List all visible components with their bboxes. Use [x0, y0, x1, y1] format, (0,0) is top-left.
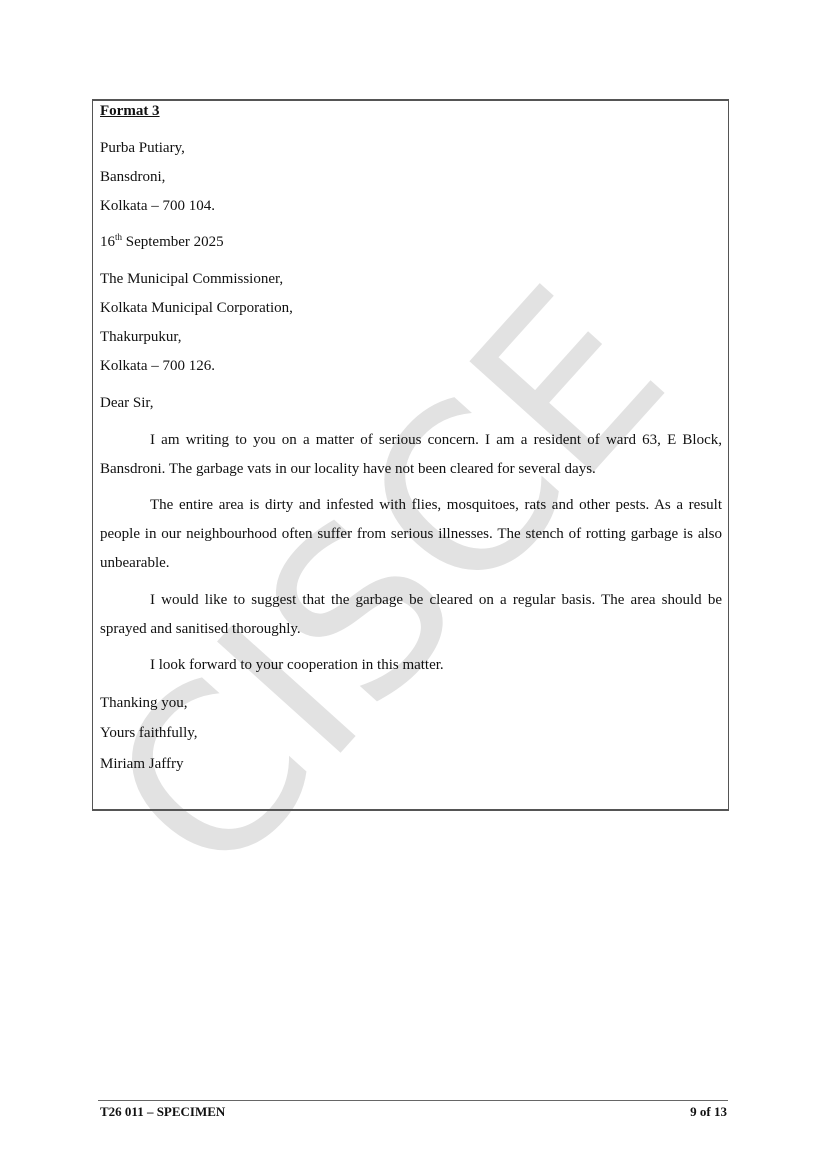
sender-address-line: Kolkata – 700 104.: [100, 197, 215, 215]
recipient-address-line: The Municipal Commissioner,: [100, 270, 283, 288]
recipient-address-line: Thakurpukur,: [100, 328, 181, 346]
body-paragraph: I am writing to you on a matter of serio…: [100, 426, 722, 484]
footer-divider: [98, 1100, 728, 1101]
date-day: 16: [100, 234, 115, 250]
signature-name: Miriam Jaffry: [100, 755, 183, 773]
date-rest: September 2025: [122, 234, 224, 250]
letter-date: 16th September 2025: [100, 233, 224, 251]
date-suffix: th: [115, 232, 122, 242]
body-paragraph: The entire area is dirty and infested wi…: [100, 491, 722, 578]
sender-address-line: Bansdroni,: [100, 168, 165, 186]
salutation: Dear Sir,: [100, 394, 154, 412]
body-paragraph: I look forward to your cooperation in th…: [100, 651, 722, 680]
paper-code: T26 011 – SPECIMEN: [100, 1104, 225, 1120]
closing-line: Yours faithfully,: [100, 724, 198, 742]
body-paragraph: I would like to suggest that the garbage…: [100, 586, 722, 644]
closing-line: Thanking you,: [100, 694, 188, 712]
page-number: 9 of 13: [690, 1104, 727, 1120]
sender-address-line: Purba Putiary,: [100, 139, 185, 157]
recipient-address-line: Kolkata Municipal Corporation,: [100, 299, 293, 317]
format-heading: Format 3: [100, 102, 160, 120]
recipient-address-line: Kolkata – 700 126.: [100, 357, 215, 375]
